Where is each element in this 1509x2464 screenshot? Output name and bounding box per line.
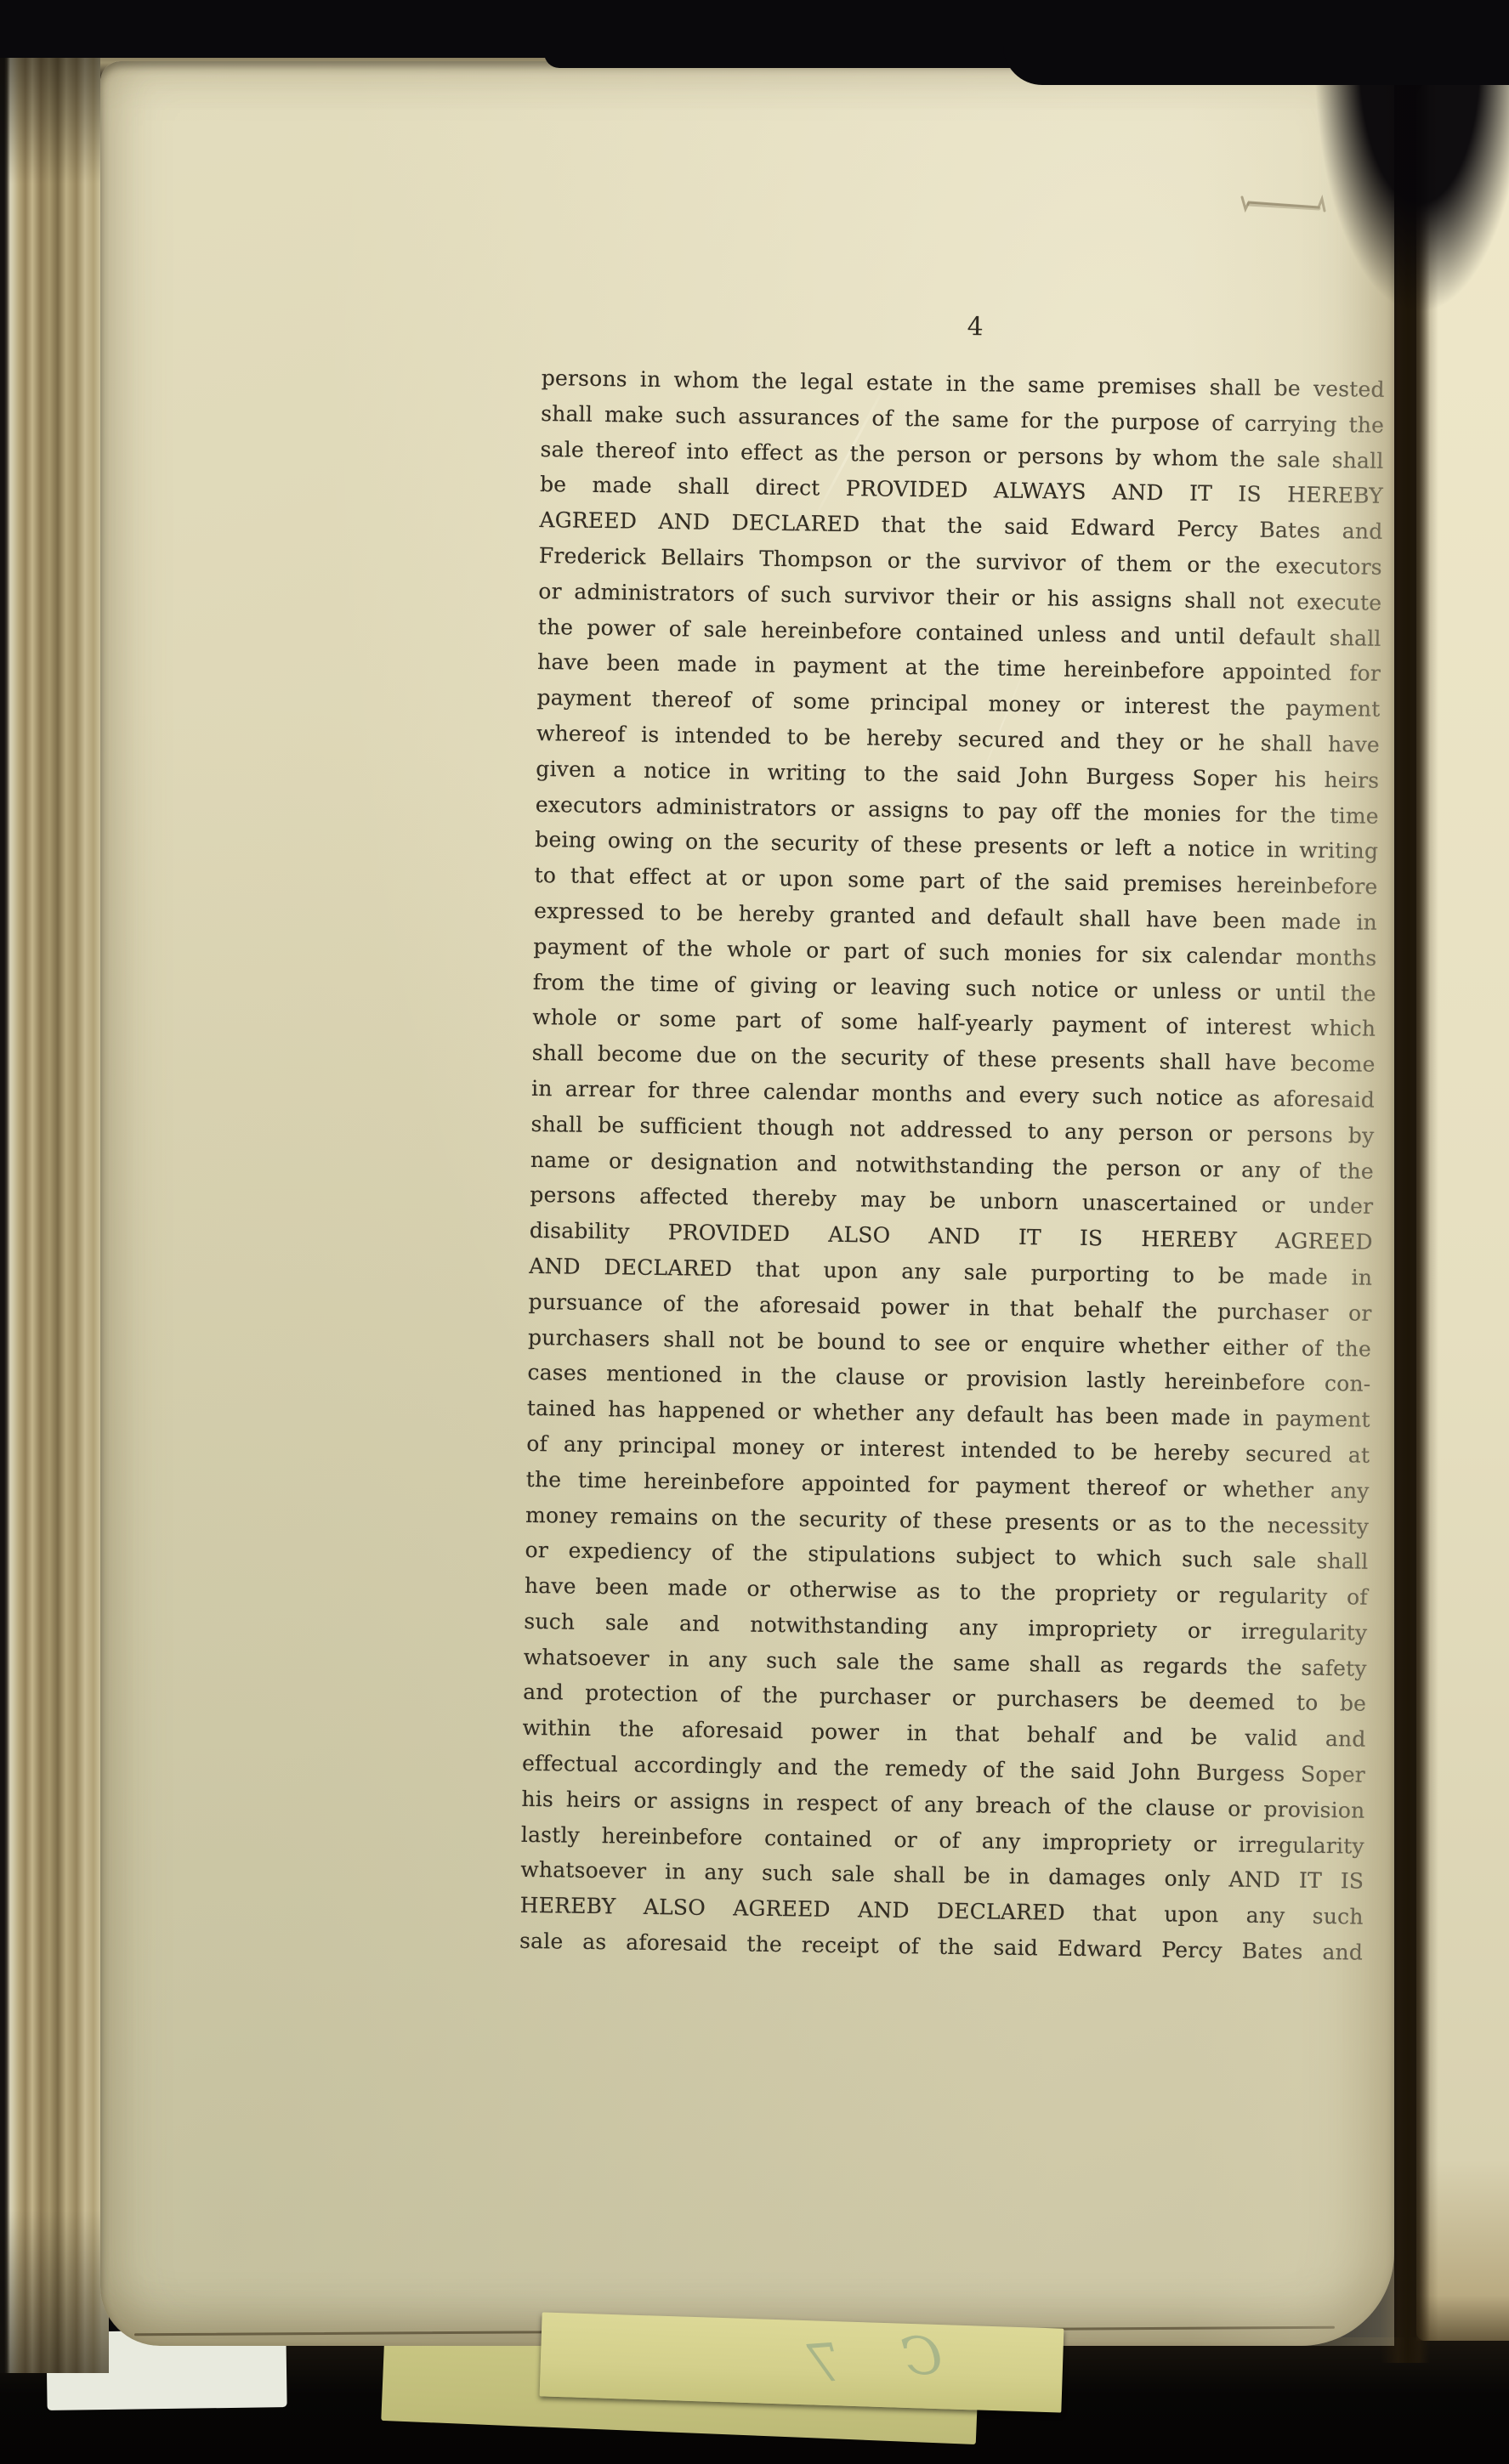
text-block: persons in whom the legal estate in the …	[519, 360, 1385, 1971]
cover-band-top	[1003, 0, 1509, 85]
left-page-stack-edge	[0, 44, 109, 2373]
right-page-edge	[1416, 78, 1509, 2341]
page-number: 4	[941, 312, 1009, 343]
printed-text-area: 4 persons in whom the legal estate in th…	[542, 306, 1386, 318]
document-page: 4 persons in whom the legal estate in th…	[100, 61, 1394, 2346]
sticky-note-faint-marking: C 7	[726, 2320, 1001, 2401]
book-scan-photo: 4 persons in whom the legal estate in th…	[0, 0, 1509, 2464]
sticky-note: C 7	[540, 2312, 1064, 2412]
